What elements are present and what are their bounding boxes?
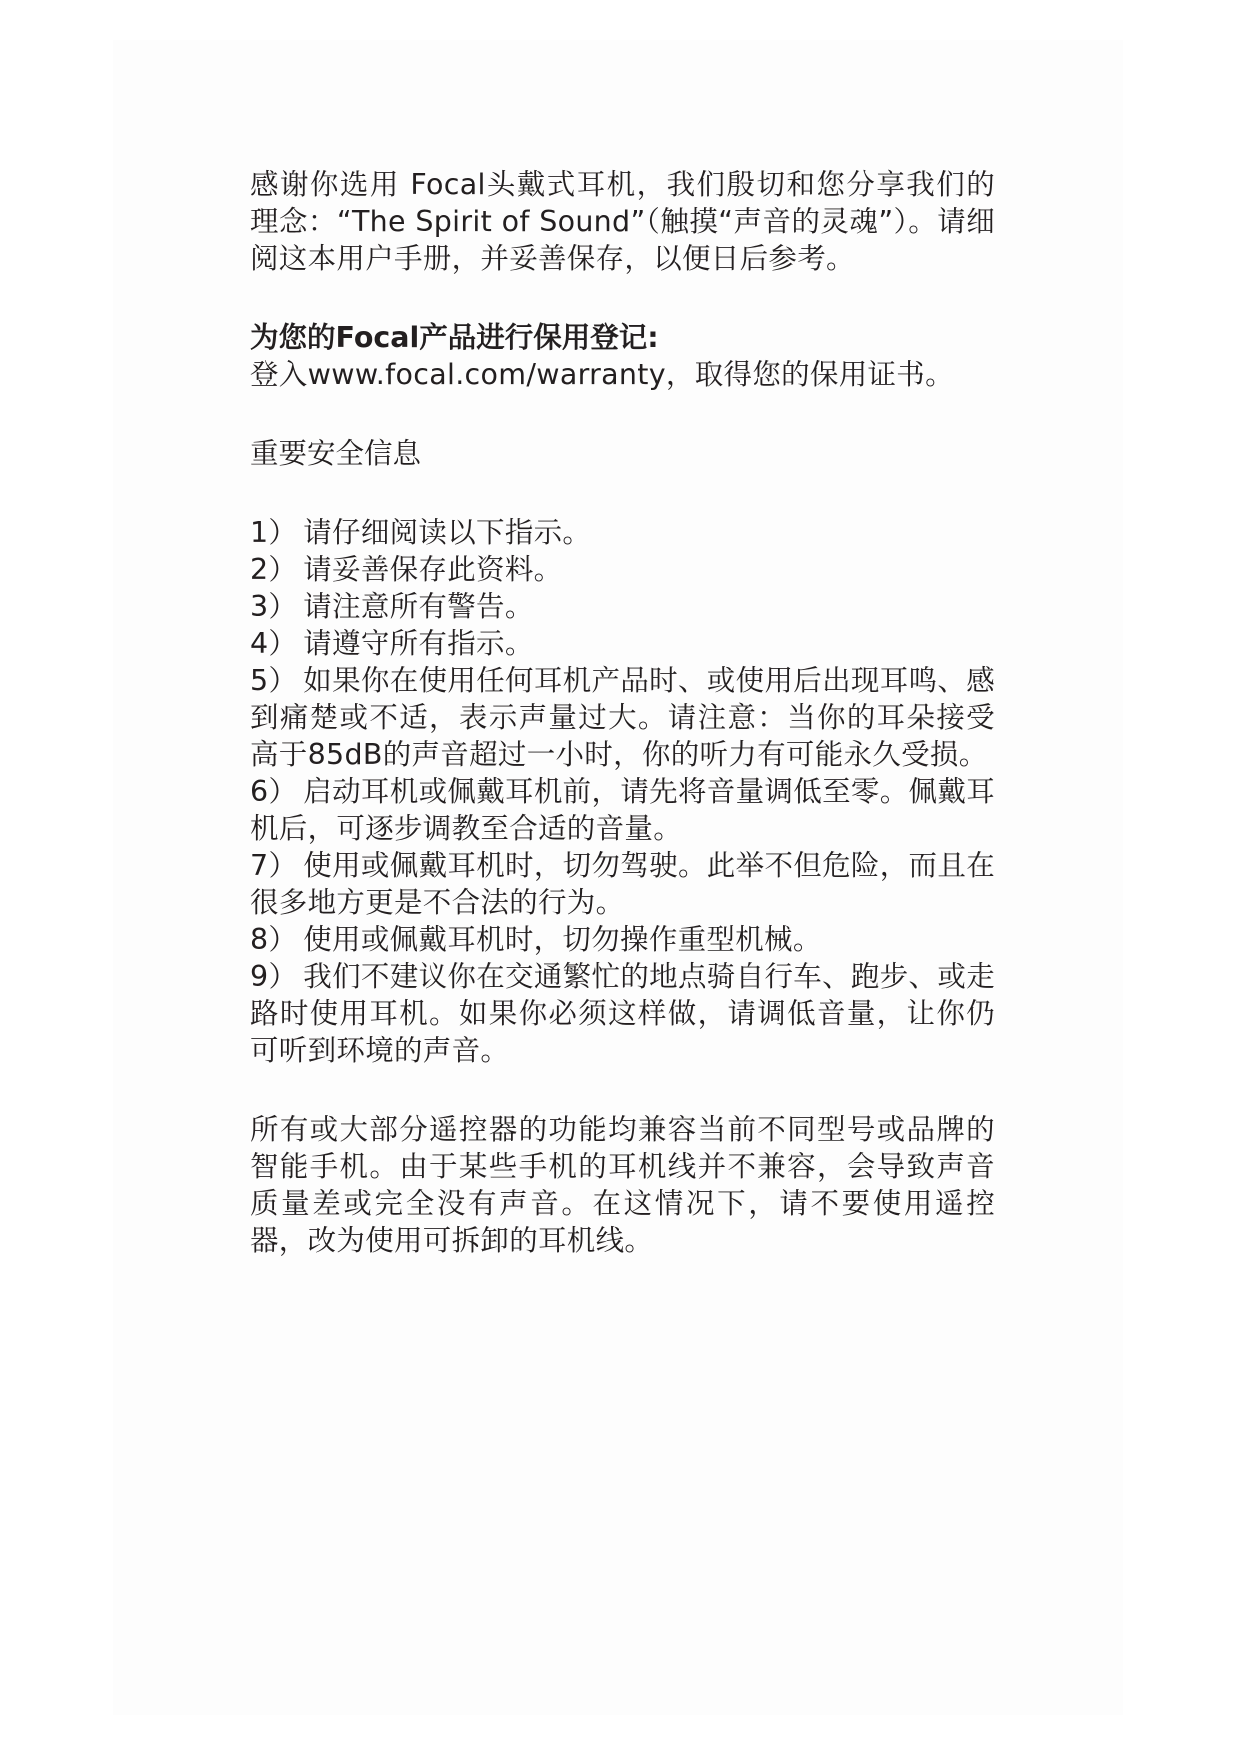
item-number: 8） — [250, 923, 297, 956]
item-number: 7） — [250, 849, 297, 882]
item-text: 请仔细阅读以下指示。 — [303, 516, 591, 549]
item-number: 4） — [250, 627, 297, 660]
spacer — [250, 1069, 995, 1111]
item-number: 1） — [250, 516, 297, 549]
document-content: 感谢你选用 Focal头戴式耳机，我们殷切和您分享我们的理念：“The Spir… — [250, 166, 995, 1259]
item-text: 启动耳机或佩戴耳机前，请先将音量调低至零。佩戴耳机后，可逐步调教至合适的音量。 — [250, 775, 995, 845]
safety-item: 1）请仔细阅读以下指示。 — [250, 514, 995, 551]
item-number: 9） — [250, 960, 297, 993]
item-number: 5） — [250, 664, 297, 697]
item-text: 使用或佩戴耳机时，切勿驾驶。此举不但危险，而且在很多地方更是不合法的行为。 — [250, 849, 995, 919]
safety-item: 6）启动耳机或佩戴耳机前，请先将音量调低至零。佩戴耳机后，可逐步调教至合适的音量… — [250, 773, 995, 847]
safety-heading: 重要安全信息 — [250, 435, 995, 472]
spacer — [250, 393, 995, 435]
spacer — [250, 472, 995, 514]
remote-compatibility-note: 所有或大部分遥控器的功能均兼容当前不同型号或品牌的智能手机。由于某些手机的耳机线… — [250, 1111, 995, 1259]
safety-item: 4）请遵守所有指示。 — [250, 625, 995, 662]
warranty-text: 登入www.focal.com/warranty，取得您的保用证书。 — [250, 356, 995, 393]
item-text: 我们不建议你在交通繁忙的地点骑自行车、跑步、或走路时使用耳机。如果你必须这样做，… — [250, 960, 995, 1067]
item-text: 使用或佩戴耳机时，切勿操作重型机械。 — [303, 923, 821, 956]
safety-item: 8）使用或佩戴耳机时，切勿操作重型机械。 — [250, 921, 995, 958]
item-text: 请注意所有警告。 — [303, 590, 533, 623]
safety-item: 5）如果你在使用任何耳机产品时、或使用后出现耳鸣、感到痛楚或不适，表示声量过大。… — [250, 662, 995, 773]
item-number: 6） — [250, 775, 297, 808]
item-text: 请遵守所有指示。 — [303, 627, 533, 660]
item-number: 3） — [250, 590, 297, 623]
spacer — [250, 277, 995, 319]
item-text: 如果你在使用任何耳机产品时、或使用后出现耳鸣、感到痛楚或不适，表示声量过大。请注… — [250, 664, 995, 771]
warranty-heading: 为您的Focal产品进行保用登记: — [250, 319, 995, 356]
intro-paragraph: 感谢你选用 Focal头戴式耳机，我们殷切和您分享我们的理念：“The Spir… — [250, 166, 995, 277]
item-text: 请妥善保存此资料。 — [303, 553, 562, 586]
safety-item: 9）我们不建议你在交通繁忙的地点骑自行车、跑步、或走路时使用耳机。如果你必须这样… — [250, 958, 995, 1069]
safety-list: 1）请仔细阅读以下指示。 2）请妥善保存此资料。 3）请注意所有警告。 4）请遵… — [250, 514, 995, 1069]
safety-item: 2）请妥善保存此资料。 — [250, 551, 995, 588]
safety-item: 3）请注意所有警告。 — [250, 588, 995, 625]
safety-item: 7）使用或佩戴耳机时，切勿驾驶。此举不但危险，而且在很多地方更是不合法的行为。 — [250, 847, 995, 921]
item-number: 2） — [250, 553, 297, 586]
